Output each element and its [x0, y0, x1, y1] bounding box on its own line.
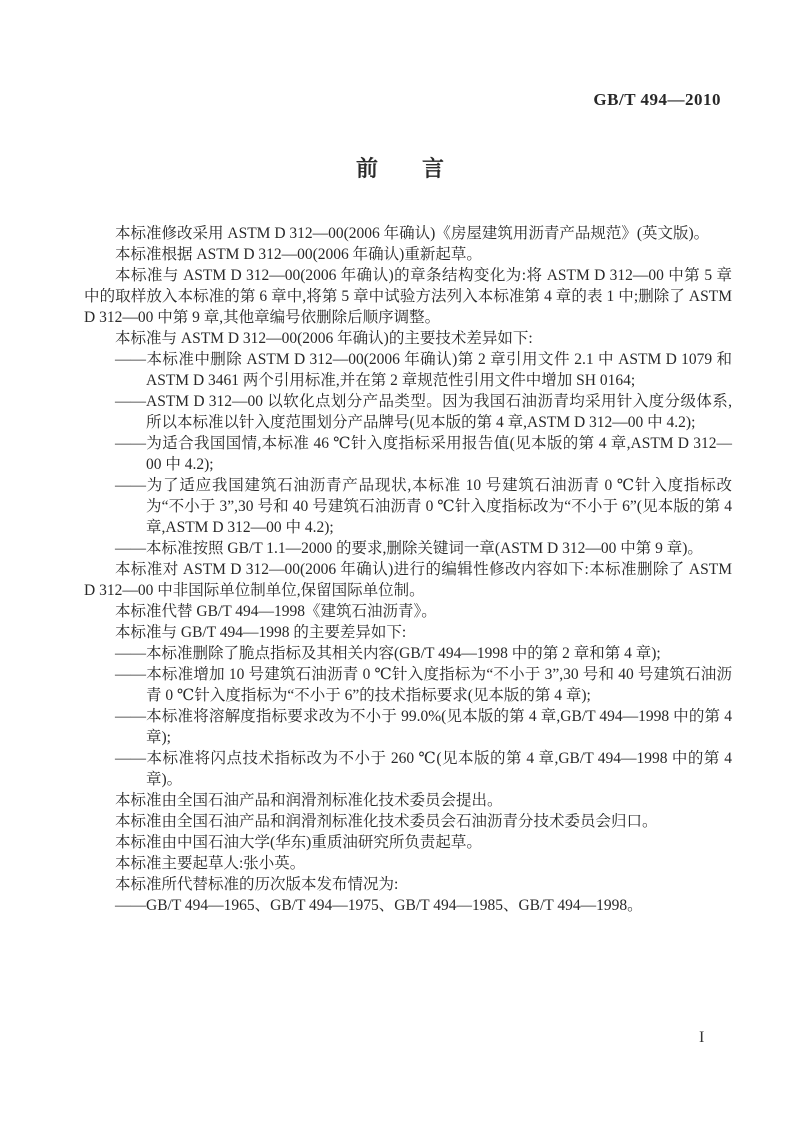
paragraph: ——本标准增加 10 号建筑石油沥青 0 ℃针入度指标为“不小于 3”,30 号… [84, 664, 732, 706]
paragraph: 本标准与 ASTM D 312—00(2006 年确认)的主要技术差异如下: [84, 328, 732, 349]
paragraph: 本标准与 GB/T 494—1998 的主要差异如下: [84, 622, 732, 643]
paragraph: ——本标准删除了脆点指标及其相关内容(GB/T 494—1998 中的第 2 章… [84, 643, 732, 664]
standard-code: GB/T 494—2010 [593, 90, 721, 110]
document-body: 本标准修改采用 ASTM D 312—00(2006 年确认)《房屋建筑用沥青产… [84, 223, 732, 916]
paragraph: ——本标准将溶解度指标要求改为不小于 99.0%(见本版的第 4 章,GB/T … [84, 706, 732, 748]
paragraph: 本标准主要起草人:张小英。 [84, 853, 732, 874]
paragraph: 本标准由全国石油产品和润滑剂标准化技术委员会提出。 [84, 790, 732, 811]
paragraph: 本标准根据 ASTM D 312—00(2006 年确认)重新起草。 [84, 244, 732, 265]
paragraph: ——ASTM D 312—00 以软化点划分产品类型。因为我国石油沥青均采用针入… [84, 391, 732, 433]
paragraph: ——为适合我国国情,本标准 46 ℃针入度指标采用报告值(见本版的第 4 章,A… [84, 433, 732, 475]
paragraph: 本标准对 ASTM D 312—00(2006 年确认)进行的编辑性修改内容如下… [84, 559, 732, 601]
paragraph: ——为了适应我国建筑石油沥青产品现状,本标准 10 号建筑石油沥青 0 ℃针入度… [84, 475, 732, 538]
paragraph: 本标准所代替标准的历次版本发布情况为: [84, 874, 732, 895]
paragraph: ——本标准按照 GB/T 1.1—2000 的要求,删除关键词一章(ASTM D… [84, 538, 732, 559]
paragraph: ——本标准中删除 ASTM D 312—00(2006 年确认)第 2 章引用文… [84, 349, 732, 391]
paragraph: 本标准与 ASTM D 312—00(2006 年确认)的章条结构变化为:将 A… [84, 265, 732, 328]
page-title: 前 言 [0, 152, 800, 183]
paragraph: 本标准修改采用 ASTM D 312—00(2006 年确认)《房屋建筑用沥青产… [84, 223, 732, 244]
paragraph: ——GB/T 494—1965、GB/T 494—1975、GB/T 494—1… [84, 895, 732, 916]
paragraph: 本标准代替 GB/T 494—1998《建筑石油沥青》。 [84, 601, 732, 622]
paragraph: ——本标准将闪点技术指标改为不小于 260 ℃(见本版的第 4 章,GB/T 4… [84, 748, 732, 790]
paragraph: 本标准由全国石油产品和润滑剂标准化技术委员会石油沥青分技术委员会归口。 [84, 811, 732, 832]
document-page: GB/T 494—2010 前 言 本标准修改采用 ASTM D 312—00(… [0, 0, 800, 1129]
page-number: I [699, 1029, 704, 1047]
paragraph: 本标准由中国石油大学(华东)重质油研究所负责起草。 [84, 832, 732, 853]
